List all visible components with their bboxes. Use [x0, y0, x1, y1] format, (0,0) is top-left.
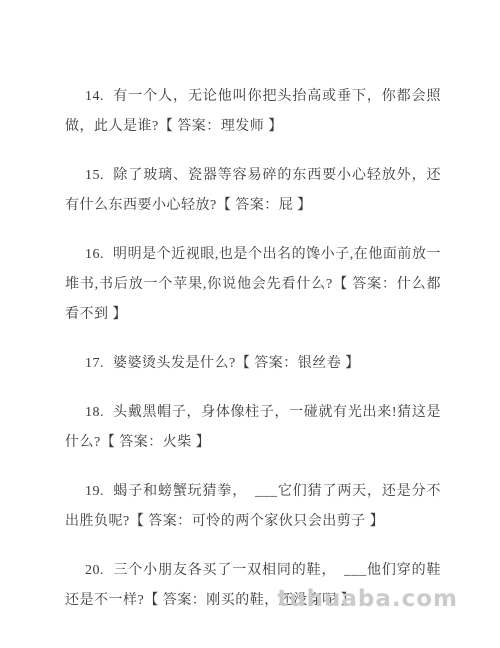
riddle-item-14: 14.有一个人，无论他叫你把头抬高或垂下，你都会照做，此人是谁?【 答案：理发师…: [65, 82, 441, 142]
riddle-text: 婆婆烫头发是什么?【 答案：银丝卷 】: [113, 356, 360, 371]
riddle-number: 15.: [85, 168, 104, 183]
document-page: 14.有一个人，无论他叫你把头抬高或垂下，你都会照做，此人是谁?【 答案：理发师…: [0, 0, 500, 648]
riddle-number: 14.: [85, 89, 104, 104]
riddle-item-19: 19.蝎子和螃蟹玩猜拳， ___它们猜了两天，还是分不出胜负呢?【 答案：可怜的…: [65, 477, 441, 537]
riddle-text: 除了玻璃、瓷器等容易碎的东西要小心轻放外，还有什么东西要小心轻放?【 答案：屁 …: [65, 168, 441, 213]
riddle-list: 14.有一个人，无论他叫你把头抬高或垂下，你都会照做，此人是谁?【 答案：理发师…: [65, 82, 441, 616]
riddle-number: 16.: [85, 247, 104, 262]
riddle-item-16: 16.明明是个近视眼,也是个出名的馋小子,在他面前放一堆书,书后放一个苹果,你说…: [65, 240, 441, 330]
riddle-text: 明明是个近视眼,也是个出名的馋小子,在他面前放一堆书,书后放一个苹果,你说他会先…: [65, 247, 441, 322]
riddle-number: 20.: [85, 563, 104, 578]
riddle-item-15: 15.除了玻璃、瓷器等容易碎的东西要小心轻放外，还有什么东西要小心轻放?【 答案…: [65, 161, 441, 221]
riddle-text: 蝎子和螃蟹玩猜拳， ___它们猜了两天，还是分不出胜负呢?【 答案：可怜的两个家…: [65, 484, 441, 529]
riddle-number: 18.: [85, 405, 104, 420]
riddle-item-18: 18.头戴黑帽子，身体像柱子，一碰就有光出来!猜这是什么?【 答案：火柴 】: [65, 398, 441, 458]
riddle-item-17: 17.婆婆烫头发是什么?【 答案：银丝卷 】: [65, 349, 441, 379]
riddle-text: 有一个人，无论他叫你把头抬高或垂下，你都会照做，此人是谁?【 答案：理发师 】: [65, 89, 441, 134]
riddle-number: 17.: [85, 356, 104, 371]
site-watermark: tuhuaba.com: [277, 586, 458, 612]
riddle-text: 头戴黑帽子，身体像柱子，一碰就有光出来!猜这是什么?【 答案：火柴 】: [65, 405, 441, 450]
riddle-number: 19.: [85, 484, 104, 499]
